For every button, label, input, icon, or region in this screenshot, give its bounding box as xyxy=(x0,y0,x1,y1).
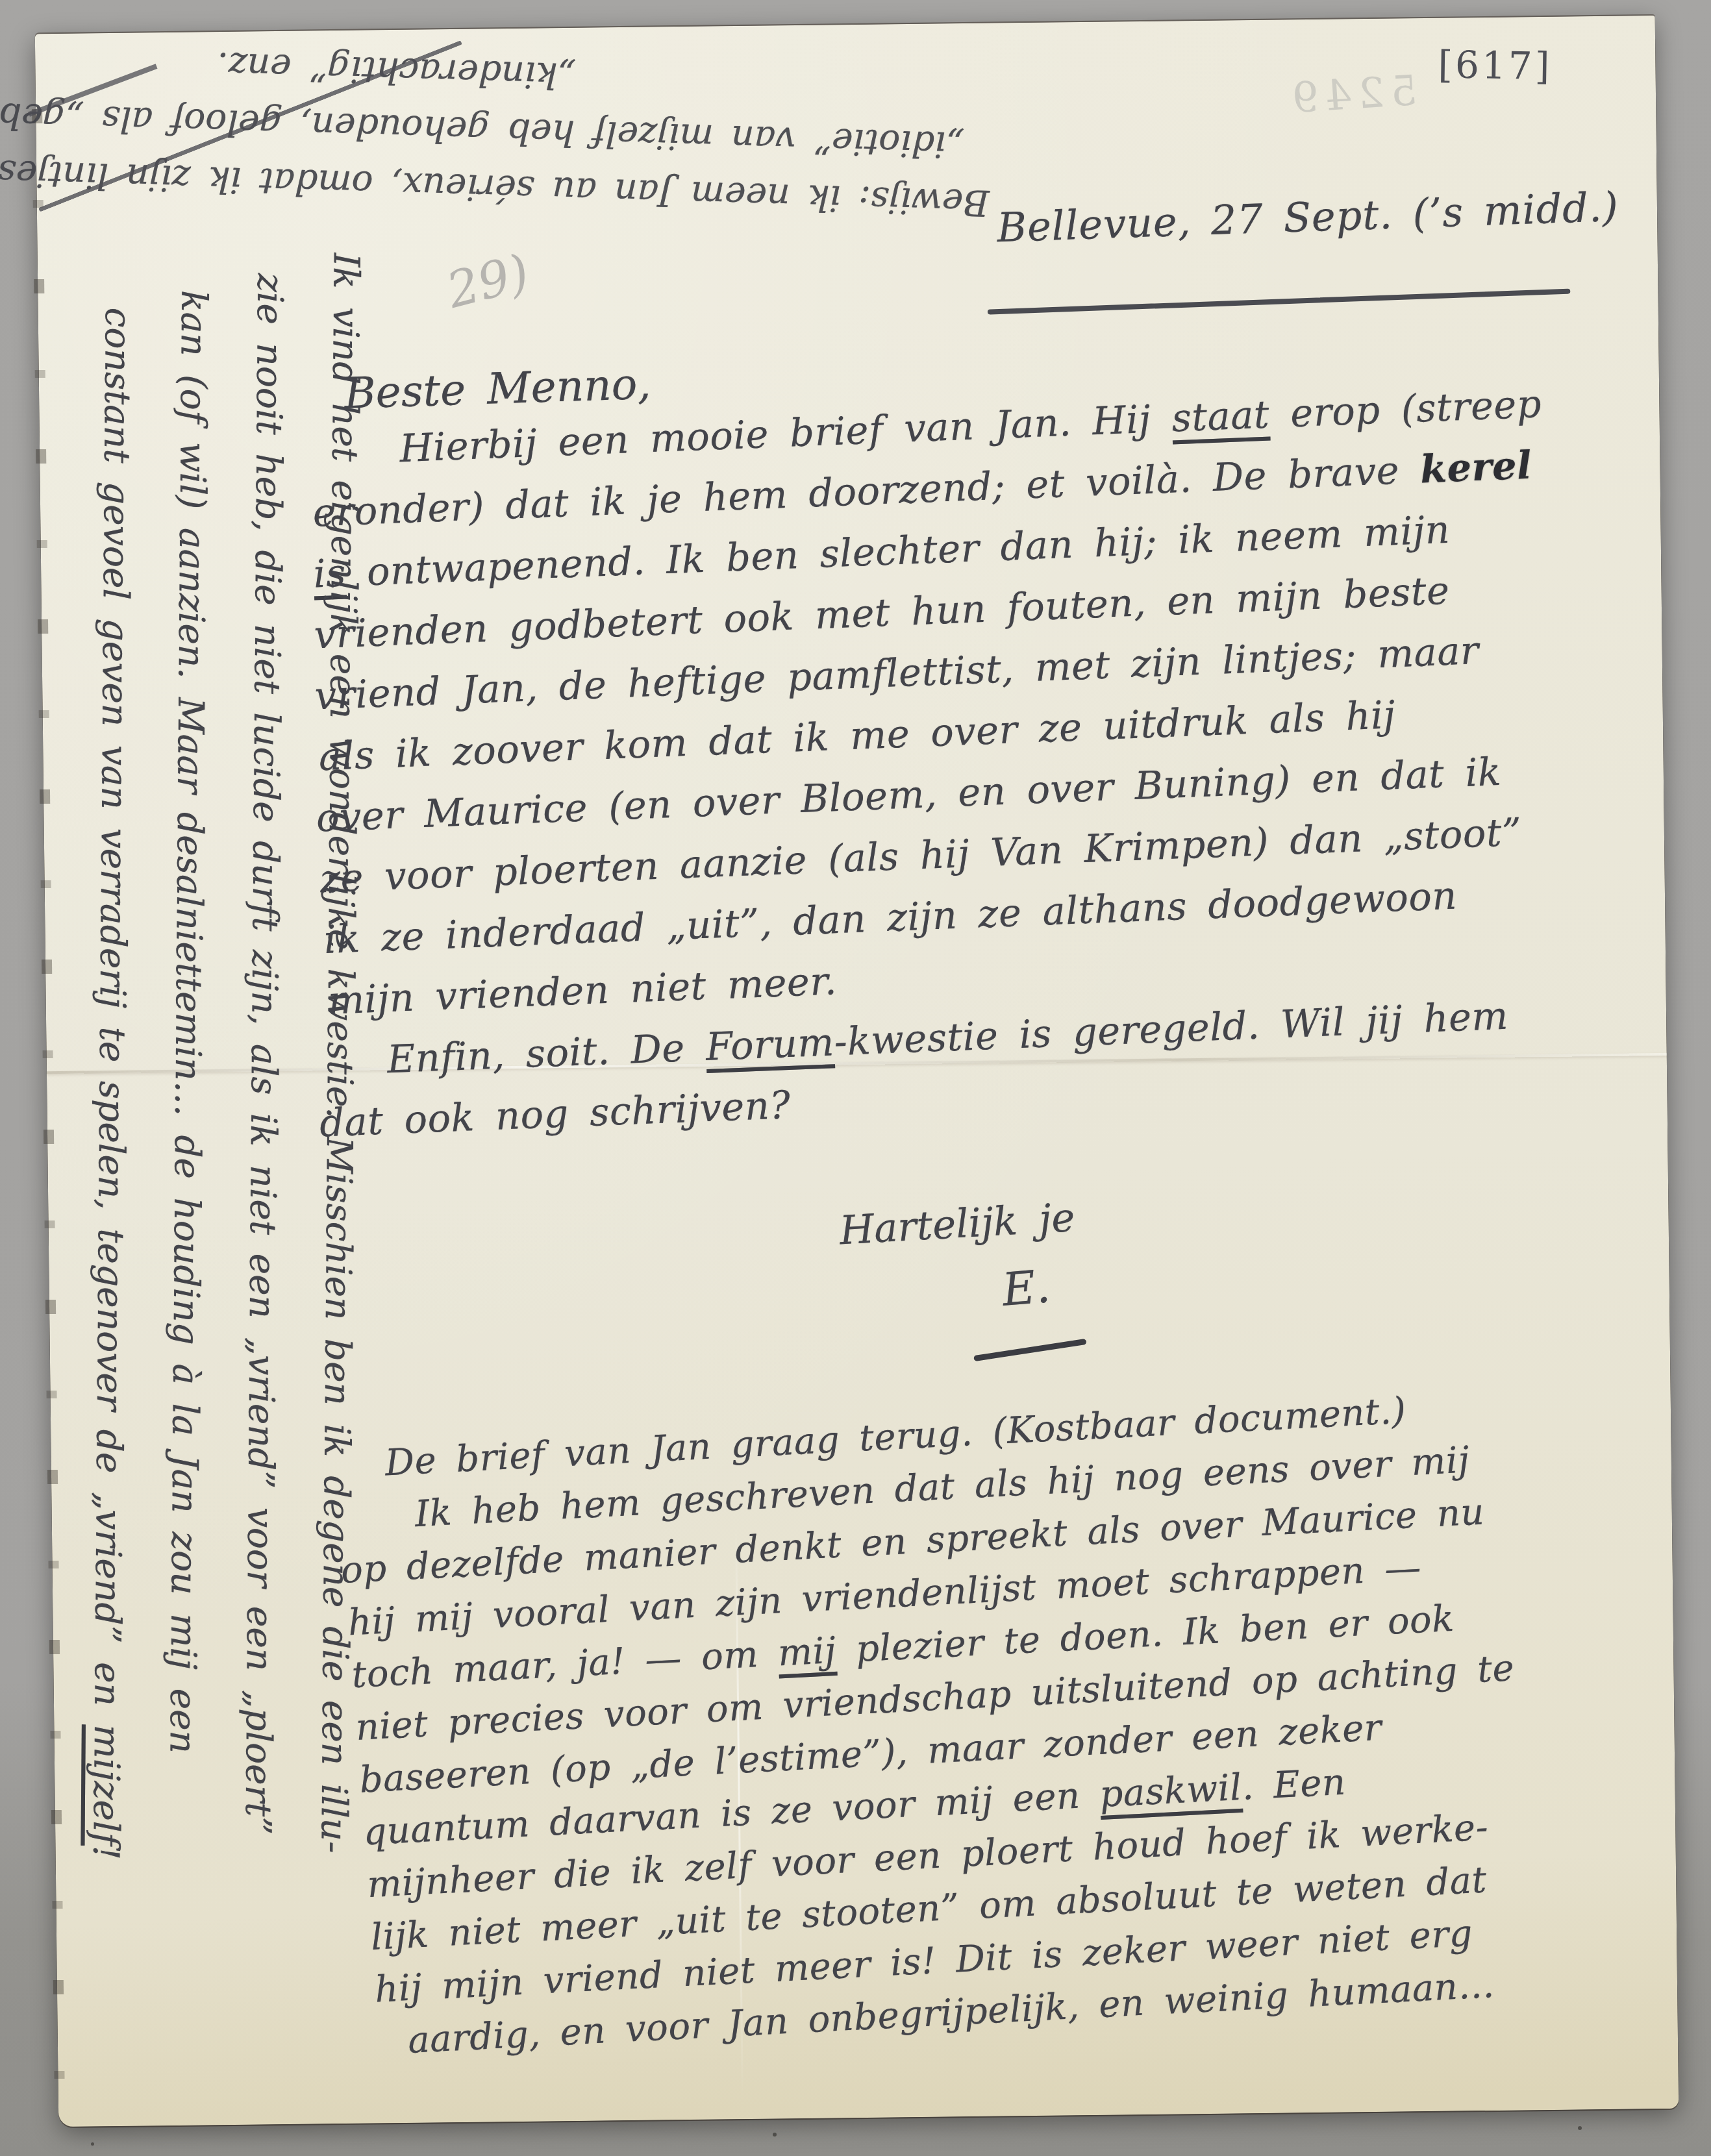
signature: E. xyxy=(1001,1259,1053,1317)
upside-down-top-note: Bewijs: ik neem Jan au sérieux, omdat ik… xyxy=(80,38,992,224)
handwritten-line: zie nooit heb, die niet lucide durft zij… xyxy=(203,253,291,1858)
scanned-letter-page: { "page": { "archive_number": "[617]", "… xyxy=(0,0,1711,2156)
handwritten-line: Ik vind het eigenlijk een wonderlijke kw… xyxy=(279,253,367,1857)
dust-speck xyxy=(91,2142,94,2146)
postscript: De brief van Jan graag terug. (Kostbaar … xyxy=(340,1429,1711,2075)
handwritten-line: constant gevoel geven van verraderij te … xyxy=(51,255,139,1860)
dust-speck xyxy=(1578,2126,1582,2130)
text-segment: ! xyxy=(85,1846,127,1861)
closing: Hartelijk je xyxy=(838,1195,1076,1254)
letter-body: Hierbij een mooie brief van Jan. Hij sta… xyxy=(312,414,1671,1162)
letter-paper: [617] 5249 29) Bewijs: ik neem Jan au sé… xyxy=(35,16,1679,2127)
underlined-word: paskwil xyxy=(1099,1766,1243,1816)
pencil-mark: 29) xyxy=(441,243,535,319)
dateline: Bellevue, 27 Sept. (’s midd.) xyxy=(996,183,1619,252)
underlined-word: mijzelf xyxy=(85,1724,127,1846)
handwritten-line: kan (of wil) aanzien. Maar desalniettemi… xyxy=(127,254,215,1859)
underlined-word: Forum xyxy=(705,1019,835,1069)
showthrough-stamp: 5249 xyxy=(1284,67,1419,123)
text-segment: erop (streep xyxy=(1269,381,1543,436)
underlined-word: mij xyxy=(777,1629,837,1675)
archive-number: [617] xyxy=(1438,42,1553,88)
emphasized-word: kerel xyxy=(1419,443,1533,492)
text-segment: Ik vind het eigenlijk een wonderlijke kw… xyxy=(313,253,367,1853)
salutation: Beste Menno, xyxy=(343,359,652,419)
margin-note: Ik vind het eigenlijk een wonderlijke kw… xyxy=(64,252,386,1860)
text-segment: . Een xyxy=(1241,1761,1347,1809)
underlined-word: staat xyxy=(1171,392,1270,441)
signature-underline xyxy=(973,1339,1086,1361)
dateline-underline xyxy=(988,288,1571,314)
dust-speck xyxy=(773,2133,777,2137)
